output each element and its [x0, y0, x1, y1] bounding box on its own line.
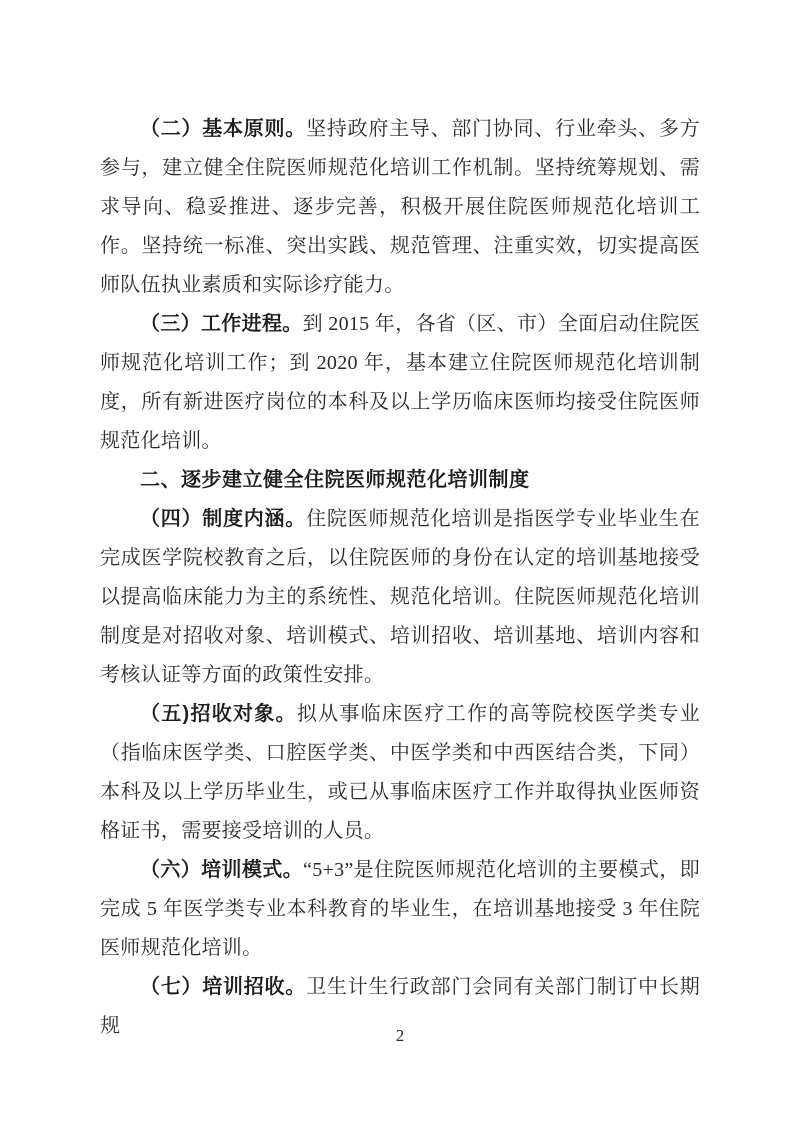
document-body: （二）基本原则。坚持政府主导、部门协同、行业牵头、多方参与，建立健全住院医师规范… — [100, 110, 700, 1046]
document-page: （二）基本原则。坚持政府主导、部门协同、行业牵头、多方参与，建立健全住院医师规范… — [0, 0, 800, 1129]
paragraph-lead-training-model: （六）培训模式。 — [140, 859, 303, 881]
paragraph-text-basic-principles: 坚持政府主导、部门协同、行业牵头、多方参与，建立健全住院医师规范化培训工作机制。… — [100, 118, 700, 296]
paragraph-lead-recruitment-targets: （五)招收对象。 — [140, 703, 297, 725]
paragraph-text-system-connotation: 住院医师规范化培训是指医学专业毕业生在完成医学院校教育之后，以住院医师的身份在认… — [100, 508, 700, 686]
paragraph-lead-basic-principles: （二）基本原则。 — [140, 118, 306, 140]
paragraph-lead-work-schedule: （三）工作进程。 — [140, 313, 303, 335]
paragraph-system-connotation: （四）制度内涵。住院医师规范化培训是指医学专业毕业生在完成医学院校教育之后，以住… — [100, 500, 700, 695]
paragraph-training-model: （六）培训模式。“5+3”是住院医师规范化培训的主要模式，即完成 5 年医学类专… — [100, 851, 700, 968]
paragraph-work-schedule: （三）工作进程。到 2015 年，各省（区、市）全面启动住院医师规范化培训工作；… — [100, 305, 700, 461]
paragraph-recruitment-targets: （五)招收对象。拟从事临床医疗工作的高等院校医学类专业（指临床医学类、口腔医学类… — [100, 695, 700, 851]
section-heading-establish-system: 二、逐步建立健全住院医师规范化培训制度 — [100, 461, 700, 500]
paragraph-lead-system-connotation: （四）制度内涵。 — [140, 508, 306, 530]
paragraph-lead-training-recruitment: （七）培训招收。 — [140, 976, 306, 998]
paragraph-basic-principles: （二）基本原则。坚持政府主导、部门协同、行业牵头、多方参与，建立健全住院医师规范… — [100, 110, 700, 305]
page-number: 2 — [0, 1026, 800, 1046]
